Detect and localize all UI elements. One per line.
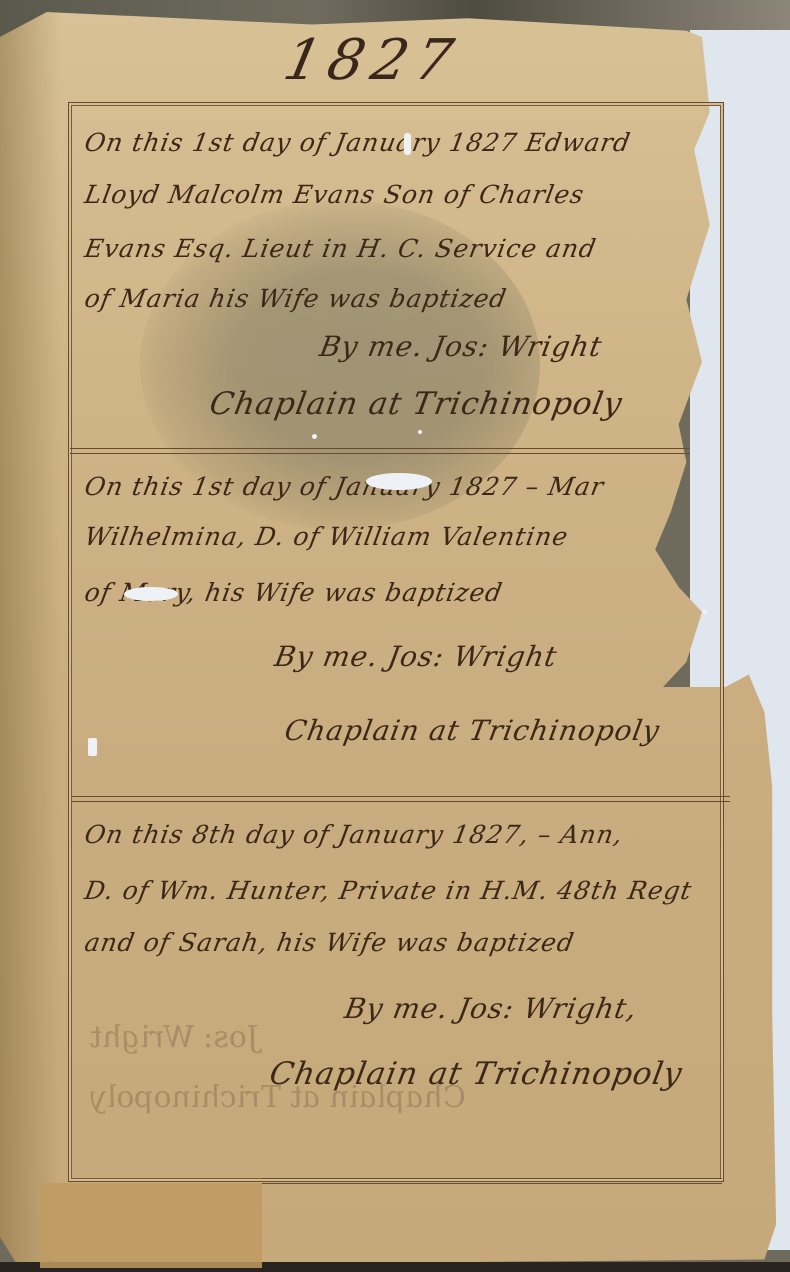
entry-line: On this 1st day of January 1827 – Mar	[82, 472, 606, 501]
signature: By me. Jos: Wright,	[342, 992, 640, 1025]
paper-hole	[404, 133, 411, 155]
entry-line: D. of Wm. Hunter, Private in H.M. 48th R…	[82, 876, 694, 905]
entry-line: Evans Esq. Lieut in H. C. Service and	[82, 234, 598, 263]
entry-line: Wilhelmina, D. of William Valentine	[82, 522, 570, 551]
signature-title: Chaplain at Trichinopoly	[267, 1056, 686, 1092]
entry-line: Lloyd Malcolm Evans Son of Charles	[82, 180, 586, 209]
paper-hole	[124, 587, 178, 601]
signature-title: Chaplain at Trichinopoly	[207, 386, 626, 422]
entry-line: On this 1st day of January 1827 Edward	[82, 128, 633, 157]
paper-hole	[88, 738, 97, 756]
entry-line: of Maria his Wife was baptized	[82, 284, 509, 313]
signature: By me. Jos: Wright	[317, 330, 605, 363]
year-heading: 1827	[278, 28, 466, 93]
entry-line: and of Sarah, his Wife was baptized	[82, 928, 576, 957]
entry-line: On this 8th day of January 1827, – Ann,	[82, 820, 625, 849]
paper-hole	[366, 473, 432, 490]
entry-divider-2	[72, 796, 730, 802]
paper-hole	[702, 609, 707, 614]
paper-hole	[418, 430, 422, 434]
register-entry-3: On this 8th day of January 1827, – Ann, …	[85, 810, 705, 1170]
signature: By me. Jos: Wright	[272, 640, 560, 673]
paper-hole	[312, 434, 317, 439]
signature-title: Chaplain at Trichinopoly	[282, 714, 662, 747]
register-entry-2: On this 1st day of January 1827 – Mar Wi…	[85, 462, 705, 792]
repair-patch	[40, 1183, 262, 1268]
register-entry-1: On this 1st day of January 1827 Edward L…	[85, 118, 705, 448]
entry-divider-bottom	[262, 1178, 722, 1184]
entry-divider-1	[70, 448, 690, 454]
